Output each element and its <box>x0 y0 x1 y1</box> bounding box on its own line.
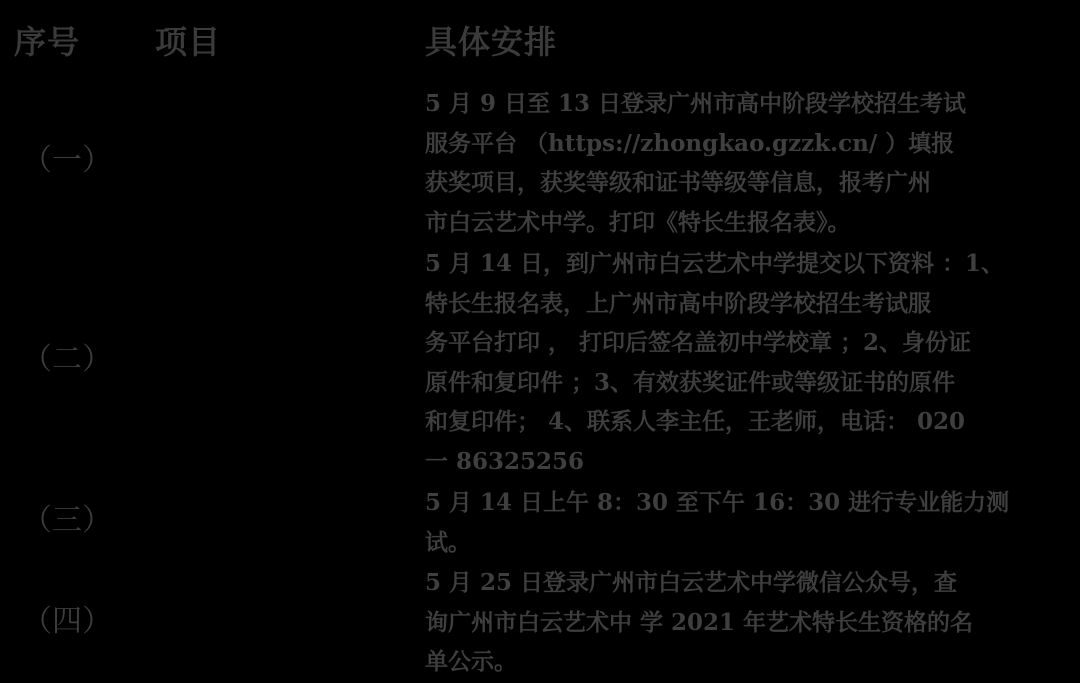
header-index: 序号 <box>14 22 80 62</box>
detail-line: 试。 <box>425 523 1075 563</box>
detail-line: 服务平台 （https://zhongkao.gzzk.cn/ ）填报 <box>425 124 1075 164</box>
detail-line: 询广州市白云艺术中 学 2021 年艺术特长生资格的名 <box>425 603 1075 643</box>
row-details: 5 月 14 日上午 8：30 至下午 16：30 进行专业能力测 试。 <box>425 483 1075 562</box>
row-index: （三） <box>22 503 112 539</box>
detail-line: 原件和复印件 ；3、有效获奖证件或等级证书的原件 <box>425 363 1075 403</box>
row-index: （四） <box>22 604 112 640</box>
row-index: （一） <box>22 143 112 179</box>
row-details: 5 月 25 日登录广州市白云艺术中学微信公众号，查 询广州市白云艺术中 学 2… <box>425 563 1075 682</box>
header-item: 项目 <box>155 22 221 62</box>
detail-line: 市白云艺术中学。打印《特长生报名表》。 <box>425 203 1075 243</box>
detail-line: 5 月 9 日至 13 日登录广州市高中阶段学校招生考试 <box>425 84 1075 124</box>
row-details: 5 月 9 日至 13 日登录广州市高中阶段学校招生考试 服务平台 （https… <box>425 84 1075 242</box>
detail-line: 特长生报名表，上广州市高中阶段学校招生考试服 <box>425 284 1075 324</box>
detail-line: 和复印件； 4、联系人李主任，王老师，电话： 020 <box>425 402 1075 442</box>
header-details: 具体安排 <box>425 22 557 62</box>
row-index: （二） <box>22 342 112 378</box>
detail-line: 5 月 25 日登录广州市白云艺术中学微信公众号，查 <box>425 563 1075 603</box>
row-details: 5 月 14 日，到广州市白云艺术中学提交以下资料 ：1、 特长生报名表，上广州… <box>425 244 1075 481</box>
detail-line: 一 86325256 <box>425 442 1075 482</box>
detail-line: 单公示。 <box>425 642 1075 682</box>
detail-line: 务平台打印 ， 打印后签名盖初中学校章 ；2、身份证 <box>425 323 1075 363</box>
detail-line: 5 月 14 日上午 8：30 至下午 16：30 进行专业能力测 <box>425 483 1075 523</box>
detail-line: 获奖项目，获奖等级和证书等级等信息，报考广州 <box>425 163 1075 203</box>
detail-line: 5 月 14 日，到广州市白云艺术中学提交以下资料 ：1、 <box>425 244 1075 284</box>
